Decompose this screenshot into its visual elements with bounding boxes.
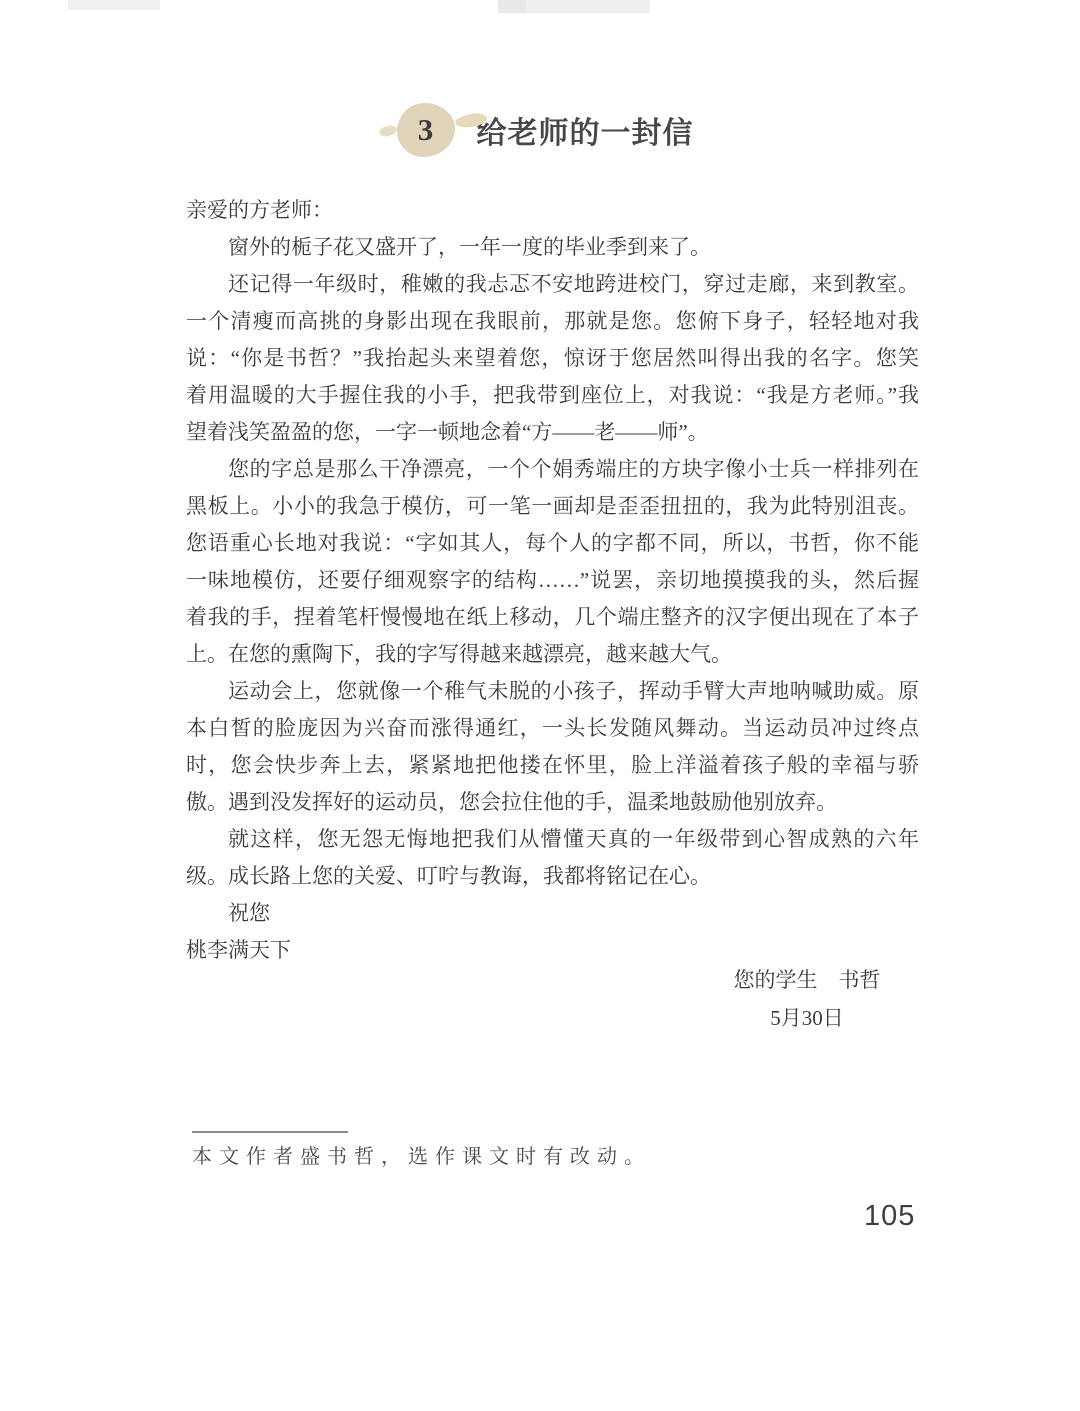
signature-block: 您的学生 书哲 5月30日 [724, 961, 890, 1037]
letter-line: 望着浅笑盈盈的您，一字一顿地念着“方——老——师”。 [186, 414, 919, 451]
textbook-page: 3 给老师的一封信 亲爱的方老师：窗外的栀子花又盛开了，一年一度的毕业季到来了。… [0, 0, 1080, 1411]
letter-line: 还记得一年级时，稚嫩的我忐忑不安地跨进校门，穿过走廊，来到教室。 [186, 266, 919, 303]
scan-artifact [498, 0, 526, 13]
scan-artifact [68, 0, 160, 10]
lesson-header: 3 给老师的一封信 [0, 100, 1080, 160]
letter-line: 一味地模仿，还要仔细观察字的结构……”说罢，亲切地摸摸我的头，然后握 [186, 562, 919, 599]
letter-line: 黑板上。小小的我急于模仿，可一笔一画却是歪歪扭扭的，我为此特别沮丧。 [186, 488, 919, 525]
letter-line: 祝您 [186, 895, 919, 932]
letter-line: 您语重心长地对我说：“字如其人，每个人的字都不同，所以，书哲，你不能 [186, 525, 919, 562]
letter-line: 傲。遇到没发挥好的运动员，您会拉住他的手，温柔地鼓励他别放弃。 [186, 784, 919, 821]
letter-line: 上。在您的熏陶下，我的字写得越来越漂亮，越来越大气。 [186, 636, 919, 673]
signature-name: 您的学生 书哲 [724, 961, 890, 999]
lesson-title: 给老师的一封信 [477, 108, 694, 152]
lesson-number-badge: 3 [387, 100, 457, 160]
letter-line: 说：“你是书哲？”我抬起头来望着您，惊讶于您居然叫得出我的名字。您笑 [186, 340, 919, 377]
footnote-text: 本文作者盛书哲，选作课文时有改动。 [192, 1140, 651, 1169]
letter-line: 本白皙的脸庞因为兴奋而涨得通红，一头长发随风舞动。当运动员冲过终点 [186, 710, 919, 747]
letter-line: 时，您会快步奔上去，紧紧地把他搂在怀里，脸上洋溢着孩子般的幸福与骄 [186, 747, 919, 784]
lesson-number: 3 [397, 103, 455, 157]
letter-line: 您的字总是那么干净漂亮，一个个娟秀端庄的方块字像小士兵一样排列在 [186, 451, 919, 488]
letter-line: 运动会上，您就像一个稚气未脱的小孩子，挥动手臂大声地呐喊助威。原 [186, 673, 919, 710]
letter-line: 着我的手，捏着笔杆慢慢地在纸上移动，几个端庄整齐的汉字便出现在了本子 [186, 599, 919, 636]
brush-fleck-icon [378, 124, 398, 138]
signature-date: 5月30日 [724, 999, 890, 1037]
letter-line: 就这样，您无怨无悔地把我们从懵懂天真的一年级带到心智成熟的六年 [186, 821, 919, 858]
letter-line: 亲爱的方老师： [186, 192, 919, 229]
letter-body: 亲爱的方老师：窗外的栀子花又盛开了，一年一度的毕业季到来了。还记得一年级时，稚嫩… [186, 192, 919, 969]
letter-line: 一个清瘦而高挑的身影出现在我眼前，那就是您。您俯下身子，轻轻地对我 [186, 303, 919, 340]
letter-line: 窗外的栀子花又盛开了，一年一度的毕业季到来了。 [186, 229, 919, 266]
footnote-divider [192, 1131, 348, 1133]
letter-line: 级。成长路上您的关爱、叮咛与教诲，我都将铭记在心。 [186, 858, 919, 895]
letter-line: 着用温暖的大手握住我的小手，把我带到座位上，对我说：“我是方老师。”我 [186, 377, 919, 414]
page-number: 105 [864, 1200, 915, 1233]
